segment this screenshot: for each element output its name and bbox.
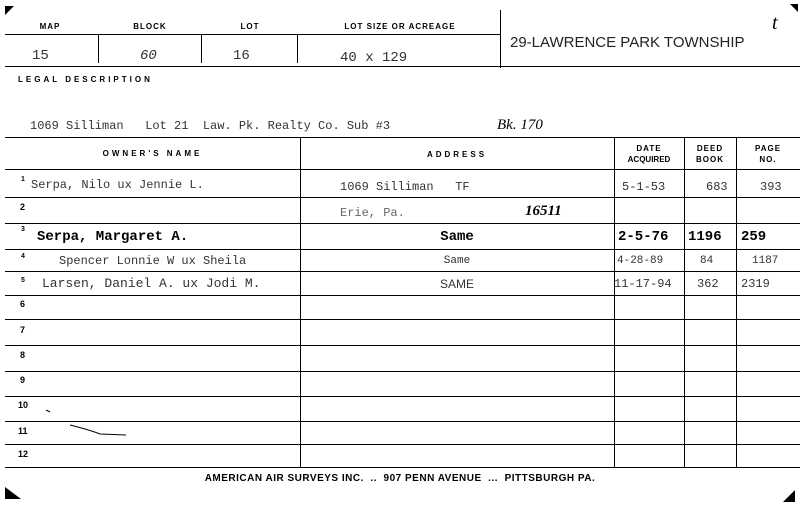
row-number-10: 10: [18, 400, 28, 410]
stray-pen-mark: [40, 405, 130, 440]
card-footer-publisher: AMERICAN AIR SURVEYS INC. .. 907 PENN AV…: [150, 473, 650, 484]
address-header: ADDRESS: [300, 150, 614, 159]
block-value: 60: [140, 48, 157, 64]
date-row-1: 5-1-53: [622, 180, 665, 194]
row-number-3: 3: [21, 226, 25, 233]
deed-header-line1: DEED: [684, 143, 736, 154]
handwritten-corner-mark: t: [772, 12, 778, 35]
page-header-line2: NO.: [736, 154, 800, 165]
row-number-1: 1: [21, 176, 25, 183]
owner-name-row-5: Larsen, Daniel A. ux Jodi M.: [42, 276, 260, 291]
row-number-2: 2: [20, 202, 25, 212]
map-value: 15: [32, 48, 49, 64]
row-number-6: 6: [20, 299, 25, 309]
page-header-line1: PAGE: [736, 143, 800, 154]
address-row-1: 1069 Silliman TF: [340, 180, 470, 194]
column-divider-date-deed: [684, 137, 685, 467]
row-number-4: 4: [21, 253, 25, 260]
deed-row-3: 1196: [688, 229, 722, 245]
column-divider-owner-address: [300, 137, 301, 467]
corner-mark-bottom-left: [5, 487, 21, 499]
corner-mark-top-left: [5, 6, 14, 15]
legal-description-text: 1069 Silliman Lot 21 Law. Pk. Realty Co.…: [30, 119, 390, 133]
date-header-line2: ACQUIRED: [614, 154, 684, 165]
lot-size-value: 40 x 129: [340, 50, 407, 66]
map-label: MAP: [20, 22, 80, 31]
row-number-11: 11: [18, 426, 28, 436]
legal-description-label: LEGAL DESCRIPTION: [18, 75, 218, 84]
page-row-5: 2319: [741, 277, 770, 291]
page-row-3: 259: [741, 229, 766, 245]
owner-name-row-1: Serpa, Nilo ux Jennie L.: [31, 178, 204, 192]
lot-size-label: LOT SIZE OR ACREAGE: [310, 22, 490, 31]
township-name: 29-LAWRENCE PARK TOWNSHIP: [510, 34, 745, 51]
deed-row-4: 84: [700, 255, 713, 267]
date-row-5: 11-17-94: [614, 277, 672, 291]
column-divider-deed-page: [736, 137, 737, 467]
block-label: BLOCK: [110, 22, 190, 31]
lot-label: LOT: [210, 22, 290, 31]
owner-name-row-3: Serpa, Margaret A.: [37, 229, 188, 245]
page-row-4: 1187: [752, 255, 778, 267]
date-acquired-header: DATE ACQUIRED: [614, 143, 684, 165]
date-header-line1: DATE: [614, 143, 684, 154]
corner-mark-top-right: [790, 4, 798, 12]
address-row-5: SAME: [300, 277, 614, 291]
deed-header-line2: BOOK: [684, 154, 736, 165]
owner-name-header: OWNER'S NAME: [5, 149, 300, 158]
column-divider-address-date: [614, 137, 615, 467]
row-number-7: 7: [20, 325, 25, 335]
deed-row-1: 683: [706, 180, 728, 194]
deed-row-5: 362: [697, 277, 719, 291]
date-row-3: 2-5-76: [618, 229, 668, 245]
zip-code-handwritten: 16511: [525, 203, 562, 220]
page-no-header: PAGE NO.: [736, 143, 800, 165]
owner-name-row-4: Spencer Lonnie W ux Sheila: [59, 254, 246, 268]
row-number-9: 9: [20, 375, 25, 385]
page-row-1: 393: [760, 180, 782, 194]
corner-mark-bottom-right: [783, 490, 795, 502]
address-row-3: Same: [300, 229, 614, 245]
row-number-12: 12: [18, 449, 28, 459]
lot-value: 16: [233, 48, 250, 64]
row-number-5: 5: [21, 277, 25, 284]
address-row-2: Erie, Pa.: [340, 206, 405, 220]
date-row-4: 4-28-89: [617, 255, 663, 267]
address-row-4: Same: [300, 255, 614, 267]
legal-description-book-note: Bk. 170: [497, 117, 543, 134]
deed-book-header: DEED BOOK: [684, 143, 736, 165]
row-number-8: 8: [20, 350, 25, 360]
property-record-card: MAP BLOCK LOT LOT SIZE OR ACREAGE 15 60 …: [0, 0, 802, 505]
